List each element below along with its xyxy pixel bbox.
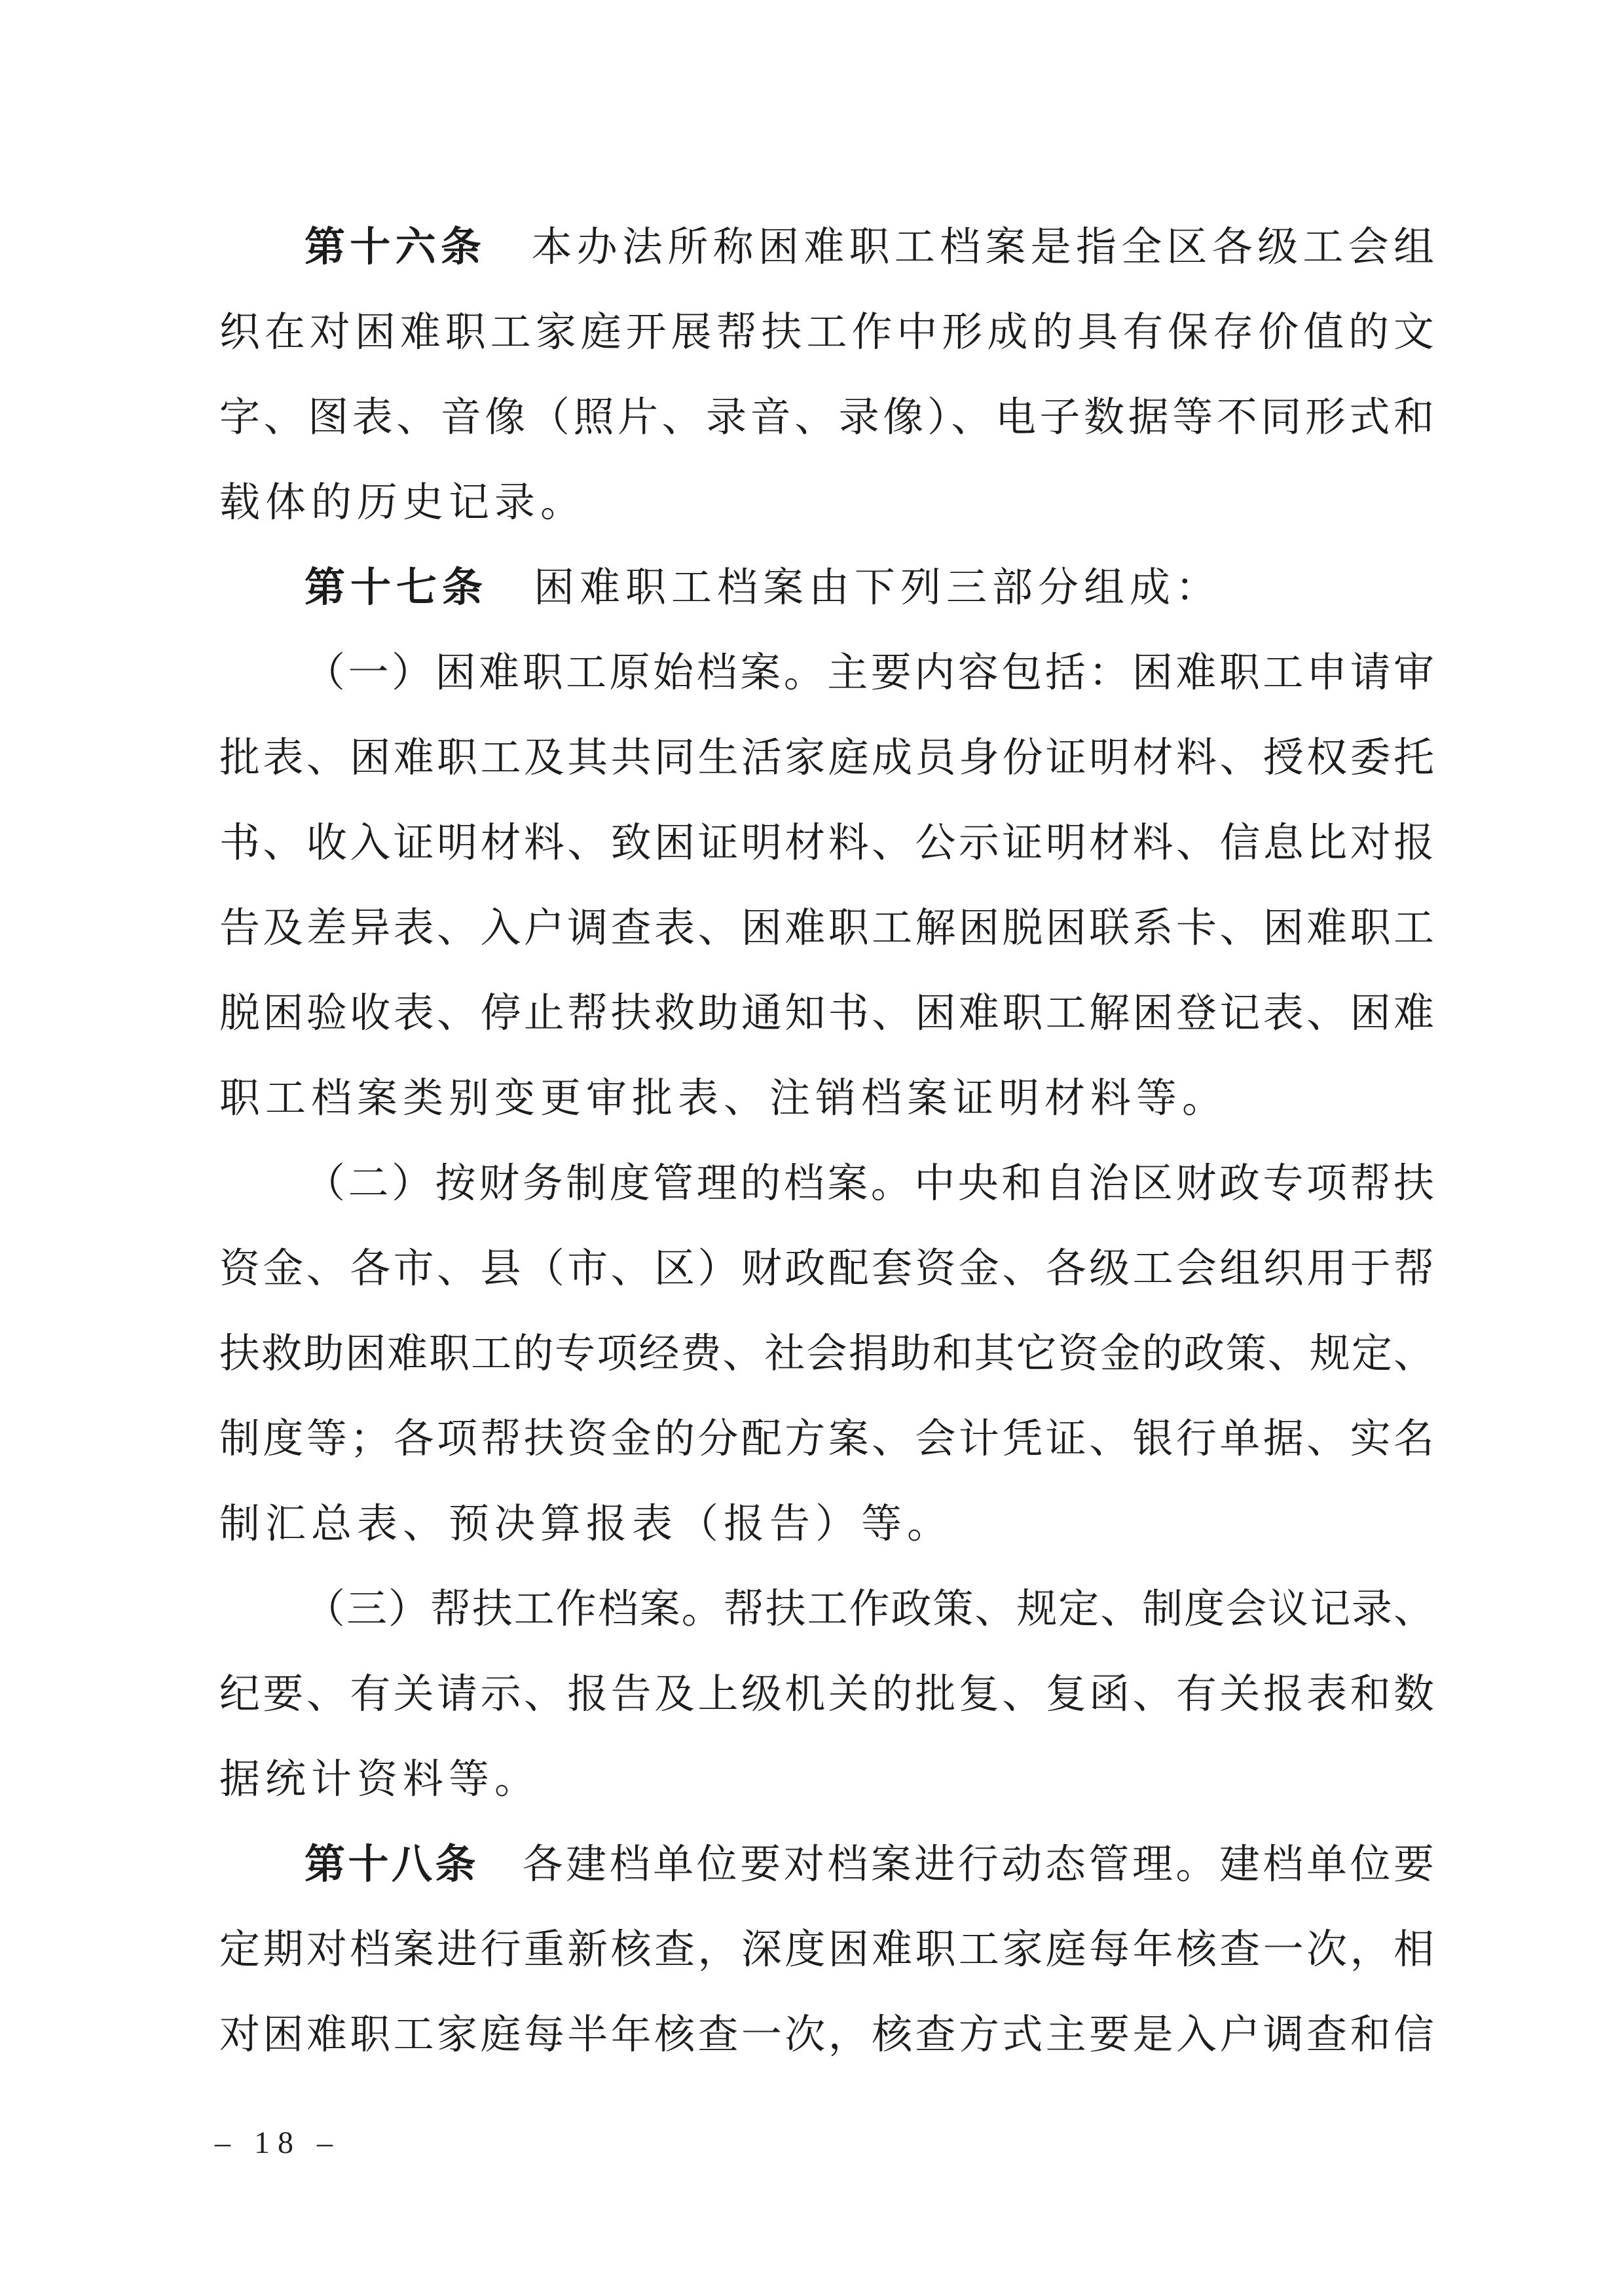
line-text: 制汇总表、预决算报表（报告）等。 — [219, 1502, 953, 1547]
document-line: 据统计资料等。 — [219, 1737, 1434, 1822]
line-text: 字、图表、音像（照片、录音、录像）、电子数据等不同形式和 — [219, 395, 1434, 440]
line-text: 扶救助困难职工的专项经费、社会捐助和其它资金的政策、规定、 — [219, 1332, 1434, 1376]
document-line: 资金、各市、县（市、区）财政配套资金、各级工会组织用于帮 — [219, 1226, 1434, 1312]
document-line: 纪要、有关请示、报告及上级机关的批复、复函、有关报表和数 — [219, 1652, 1434, 1737]
article-number: 第十六条 — [304, 225, 486, 270]
line-text: 书、收入证明材料、致困证明材料、公示证明材料、信息比对报 — [219, 821, 1434, 866]
document-line: 字、图表、音像（照片、录音、录像）、电子数据等不同形式和 — [219, 375, 1434, 460]
line-text: （三）帮扶工作档案。帮扶工作政策、规定、制度会议记录、 — [304, 1587, 1434, 1632]
document-line: 载体的历史记录。 — [219, 460, 1434, 545]
document-line: 定期对档案进行重新核查，深度困难职工家庭每年核查一次，相 — [219, 1907, 1434, 1992]
document-line: 对困难职工家庭每半年核查一次，核查方式主要是入户调查和信 — [219, 1992, 1434, 2078]
document-line: 制度等；各项帮扶资金的分配方案、会计凭证、银行单据、实名 — [219, 1397, 1434, 1482]
document-line: 批表、困难职工及其共同生活家庭成员身份证明材料、授权委托 — [219, 716, 1434, 801]
document-line: 告及差异表、入户调查表、困难职工解困脱困联系卡、困难职工 — [219, 886, 1434, 971]
article-number: 第十八条 — [304, 1842, 479, 1887]
line-text: 脱困验收表、停止帮扶救助通知书、困难职工解困登记表、困难 — [219, 991, 1434, 1036]
line-text: 纪要、有关请示、报告及上级机关的批复、复函、有关报表和数 — [219, 1672, 1434, 1717]
text-block: 第十六条 本办法所称困难职工档案是指全区各级工会组 织在对困难职工家庭开展帮扶工… — [219, 205, 1434, 2078]
page-number: – 18 – — [215, 2120, 341, 2166]
document-line: 扶救助困难职工的专项经费、社会捐助和其它资金的政策、规定、 — [219, 1312, 1434, 1397]
line-text: 困难职工档案由下列三部分组成： — [488, 566, 1221, 610]
document-line: （二）按财务制度管理的档案。中央和自治区财政专项帮扶 — [219, 1141, 1434, 1226]
line-text: 告及差异表、入户调查表、困难职工解困脱困联系卡、困难职工 — [219, 906, 1434, 951]
line-text: （一）困难职工原始档案。主要内容包括：困难职工申请审 — [304, 651, 1434, 695]
document-line: 职工档案类别变更审批表、注销档案证明材料等。 — [219, 1056, 1434, 1141]
line-text: 定期对档案进行重新核查，深度困难职工家庭每年核查一次，相 — [219, 1928, 1434, 1972]
document-line: 第十八条 各建档单位要对档案进行动态管理。建档单位要 — [219, 1822, 1434, 1907]
line-text: 织在对困难职工家庭开展帮扶工作中形成的具有保存价值的文 — [219, 310, 1434, 355]
line-text: 各建档单位要对档案进行动态管理。建档单位要 — [479, 1843, 1434, 1887]
line-text: 制度等；各项帮扶资金的分配方案、会计凭证、银行单据、实名 — [219, 1417, 1434, 1461]
line-text: 据统计资料等。 — [219, 1757, 540, 1802]
document-line: 书、收入证明材料、致困证明材料、公示证明材料、信息比对报 — [219, 801, 1434, 886]
line-text: 职工档案类别变更审批表、注销档案证明材料等。 — [219, 1076, 1228, 1121]
line-text: （二）按财务制度管理的档案。中央和自治区财政专项帮扶 — [304, 1162, 1434, 1206]
line-text: 对困难职工家庭每半年核查一次，核查方式主要是入户调查和信 — [219, 2013, 1434, 2057]
document-line: 织在对困难职工家庭开展帮扶工作中形成的具有保存价值的文 — [219, 290, 1434, 375]
document-page: 第十六条 本办法所称困难职工档案是指全区各级工会组 织在对困难职工家庭开展帮扶工… — [0, 0, 1624, 2295]
line-text: 批表、困难职工及其共同生活家庭成员身份证明材料、授权委托 — [219, 736, 1434, 780]
document-line: 第十七条 困难职工档案由下列三部分组成： — [219, 545, 1434, 631]
line-text: 本办法所称困难职工档案是指全区各级工会组 — [486, 225, 1434, 270]
line-text: 载体的历史记录。 — [219, 481, 586, 525]
document-line: （一）困难职工原始档案。主要内容包括：困难职工申请审 — [219, 631, 1434, 716]
document-line: 制汇总表、预决算报表（报告）等。 — [219, 1482, 1434, 1567]
line-text: 资金、各市、县（市、区）财政配套资金、各级工会组织用于帮 — [219, 1247, 1434, 1291]
document-line: （三）帮扶工作档案。帮扶工作政策、规定、制度会议记录、 — [219, 1567, 1434, 1652]
article-number: 第十七条 — [304, 565, 488, 610]
document-line: 第十六条 本办法所称困难职工档案是指全区各级工会组 — [219, 205, 1434, 290]
document-line: 脱困验收表、停止帮扶救助通知书、困难职工解困登记表、困难 — [219, 971, 1434, 1056]
